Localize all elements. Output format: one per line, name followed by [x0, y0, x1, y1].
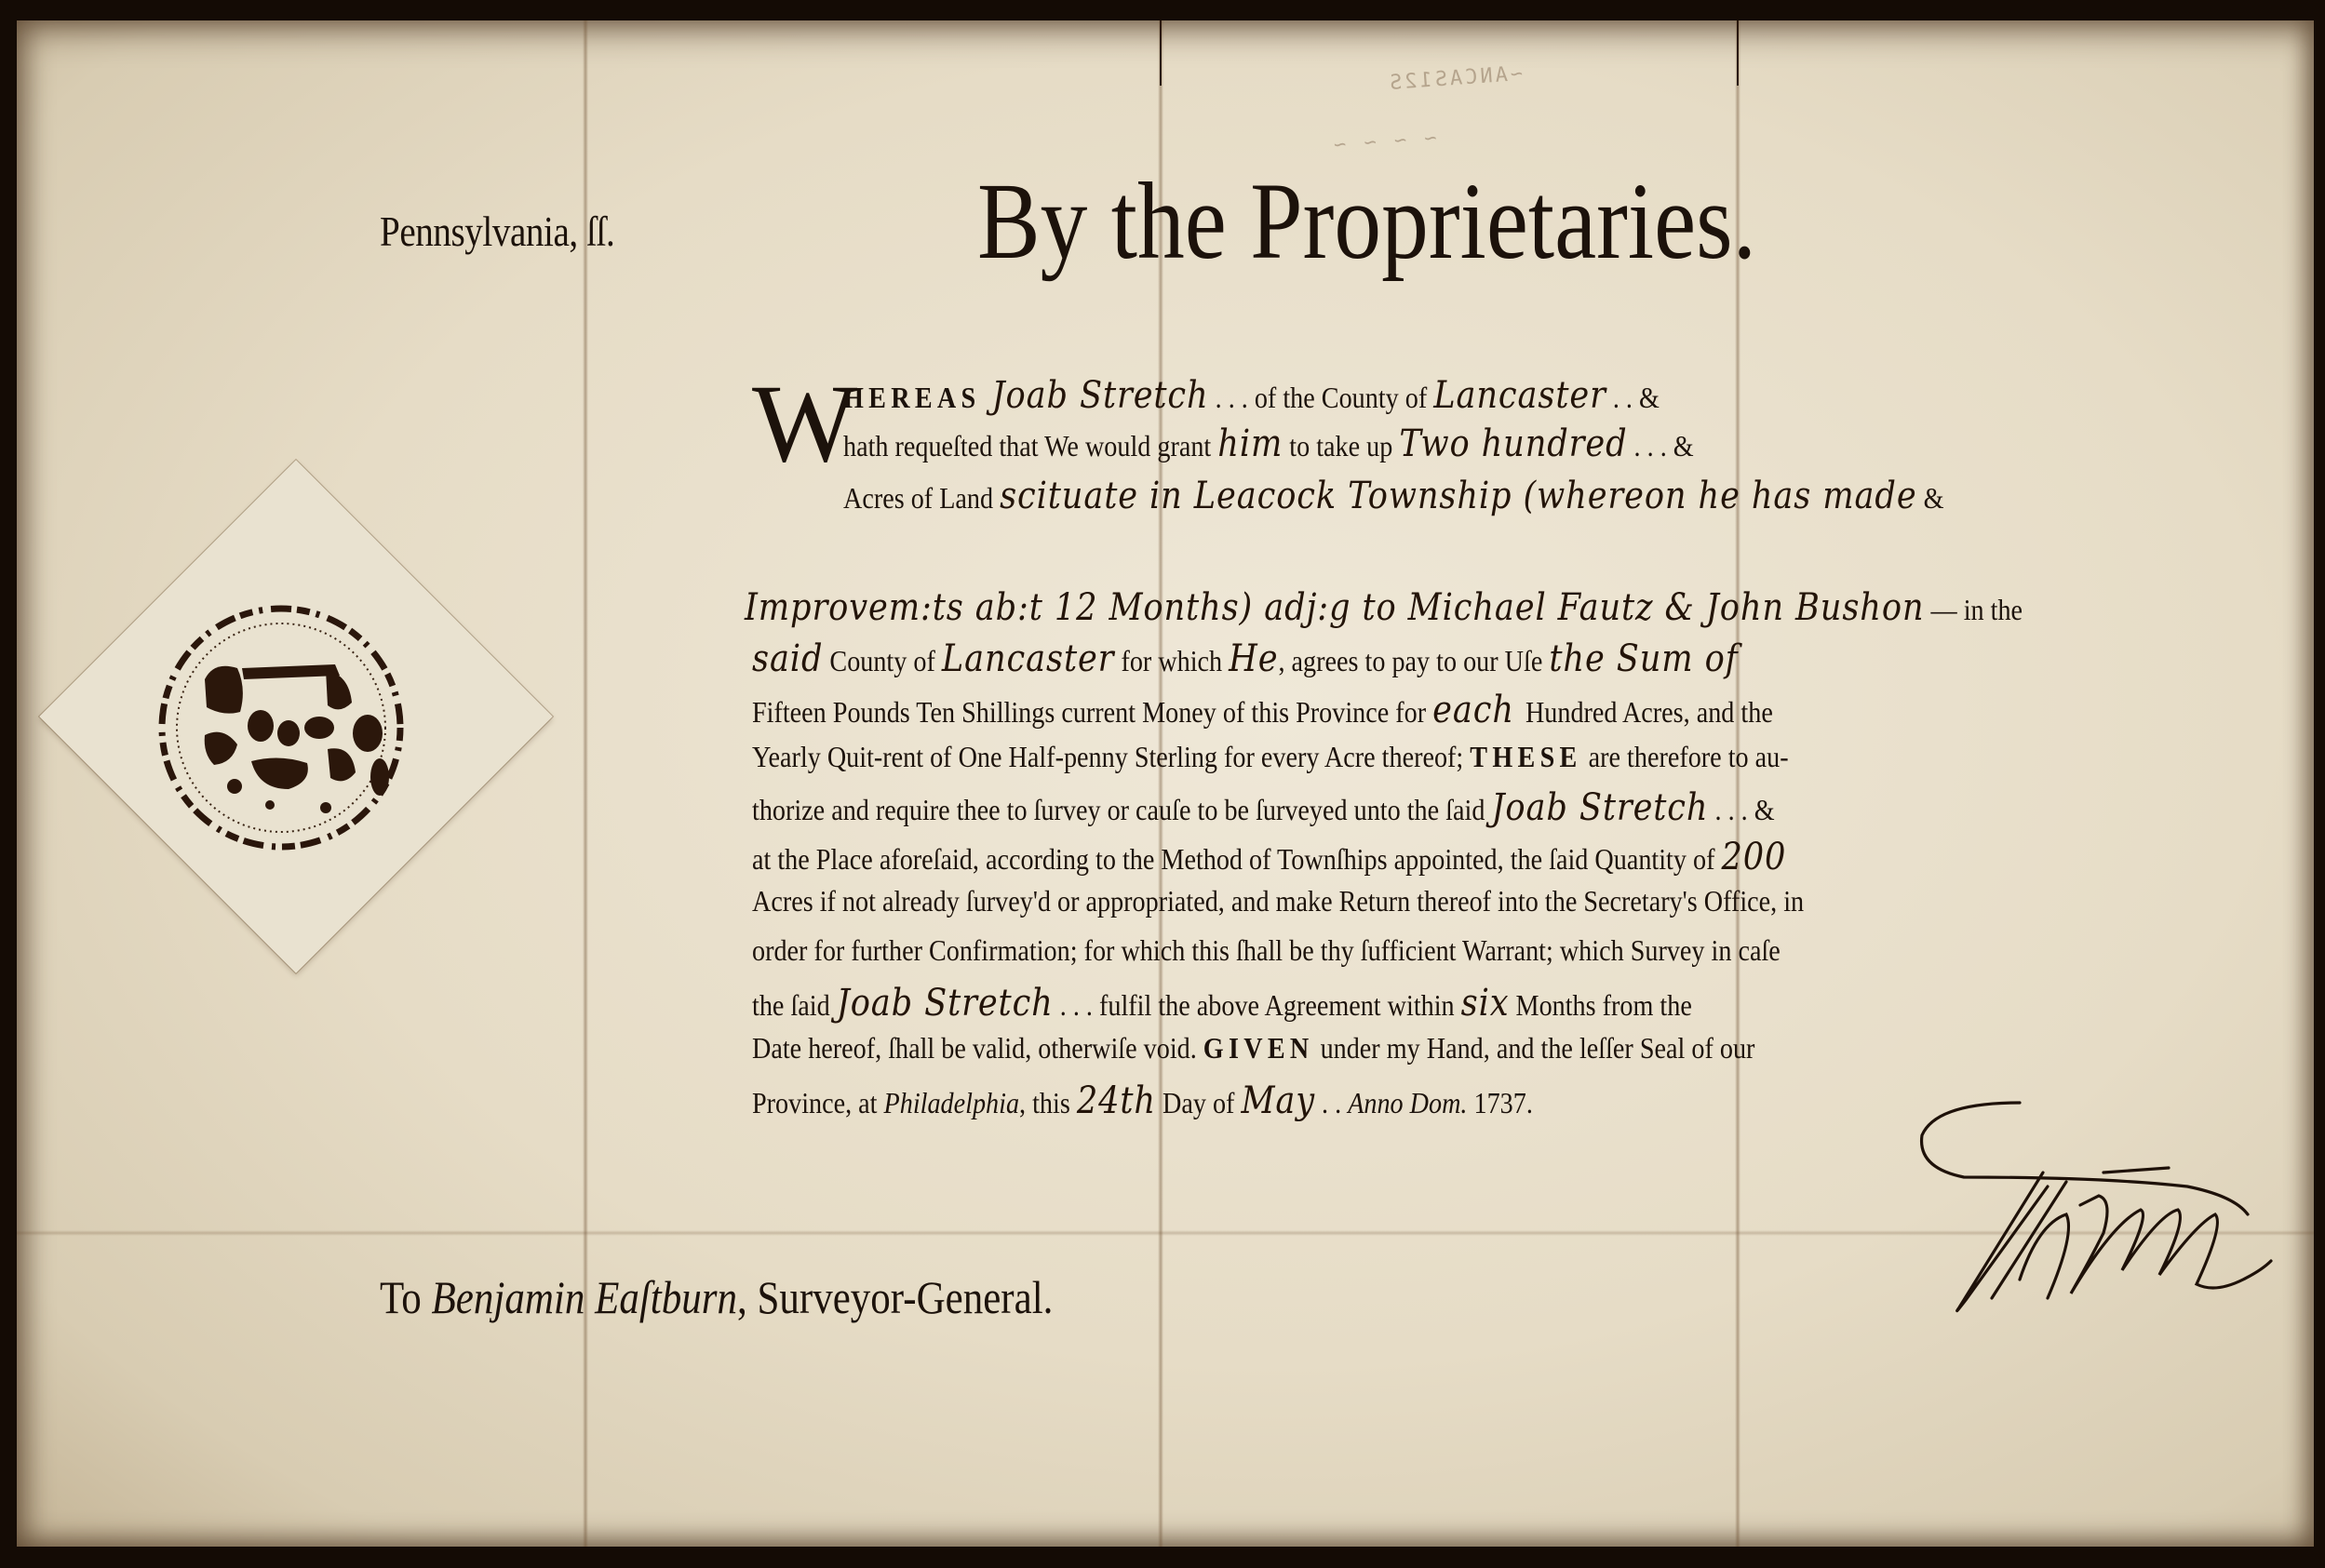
- handwritten-entry: He: [1229, 637, 1278, 680]
- printed-text: THESE: [1470, 740, 1581, 773]
- text-line: hath requeſted that We would grant him t…: [843, 422, 1694, 465]
- printed-text: 1737.: [1467, 1086, 1532, 1119]
- addressee-title: , Surveyor-General.: [737, 1271, 1053, 1323]
- drop-cap: W: [752, 368, 857, 479]
- printed-text: order for further Confirmation; for whic…: [752, 933, 1781, 967]
- printed-text: . . . &: [1708, 793, 1774, 826]
- printed-text: . .: [1315, 1086, 1348, 1119]
- text-line: HEREAS Joab Stretch . . . of the County …: [843, 374, 1660, 417]
- handwritten-entry: May: [1241, 1079, 1315, 1122]
- printed-text: Acres if not already ſurvey'd or appropr…: [752, 884, 1804, 918]
- printed-text: Acres of Land: [843, 481, 1000, 515]
- printed-text: Day of: [1156, 1086, 1241, 1119]
- handwritten-entry: six: [1461, 982, 1510, 1025]
- printed-text: at the Place aforeſaid, according to the…: [752, 842, 1721, 876]
- document-title: By the Proprietaries.: [977, 158, 1756, 285]
- printed-text: . . . &: [1628, 429, 1694, 462]
- text-line: Date hereof, ſhall be valid, otherwiſe v…: [752, 1031, 1754, 1065]
- handwritten-entry: the Sum of: [1549, 637, 1738, 680]
- province-heading: Pennsylvania, ſſ.: [380, 207, 614, 256]
- text-line: order for further Confirmation; for whic…: [752, 933, 1781, 968]
- printed-text: &: [1917, 481, 1944, 515]
- handwritten-entry: Two hundred: [1399, 422, 1627, 465]
- printed-text: Yearly Quit-rent of One Half-penny Sterl…: [752, 740, 1470, 773]
- addressee-name: Benjamin Eaſtburn: [432, 1271, 737, 1323]
- printed-text: Fifteen Pounds Ten Shillings current Mon…: [752, 695, 1432, 729]
- printed-text: , agrees to pay to our Uſe: [1278, 644, 1549, 677]
- signature-tho-penn: Tho Penn: [1880, 1084, 2308, 1335]
- printed-text: are therefore to au-: [1582, 740, 1789, 773]
- handwritten-entry: scituate in Leacock Township (whereon he…: [1000, 475, 1916, 517]
- printed-text: — in the: [1924, 593, 2023, 626]
- printed-text: Months from the: [1509, 988, 1691, 1022]
- printed-text: thorize and require thee to ſurvey or ca…: [752, 793, 1491, 826]
- printed-text: , this: [1019, 1086, 1077, 1119]
- text-line: Acres if not already ſurvey'd or appropr…: [752, 884, 1804, 918]
- printed-text: County of: [823, 644, 942, 677]
- handwritten-entry: Improvem:ts ab:t 12 Months) adj:g to Mic…: [745, 586, 1924, 629]
- handwritten-entry: Lancaster: [1433, 374, 1606, 417]
- printed-text: Anno Dom.: [1348, 1086, 1467, 1119]
- handwritten-entry: said: [752, 637, 823, 680]
- printed-text: for which: [1114, 644, 1229, 677]
- printed-text: Hundred Acres, and the: [1525, 695, 1773, 729]
- text-line: Yearly Quit-rent of One Half-penny Sterl…: [752, 740, 1789, 774]
- printed-text: to take up: [1283, 429, 1399, 462]
- text-line: Acres of Land scituate in Leacock Townsh…: [843, 475, 1943, 517]
- wax-seal-icon: [149, 596, 414, 861]
- text-line: Improvem:ts ab:t 12 Months) adj:g to Mic…: [745, 586, 2023, 629]
- handwritten-entry: 24th: [1077, 1079, 1156, 1122]
- printed-text: GIVEN: [1203, 1031, 1314, 1065]
- handwritten-entry: 200: [1721, 836, 1786, 878]
- printed-text: . . . fulfil the above Agreement within: [1054, 988, 1461, 1022]
- handwritten-entry: Joab Stretch: [837, 982, 1054, 1025]
- printed-text: . . . of the County of: [1209, 381, 1434, 414]
- printed-text: Philadelphia: [884, 1086, 1019, 1119]
- printed-text: under my Hand, and the leſſer Seal of ou…: [1314, 1031, 1755, 1065]
- handwritten-entry: each: [1432, 689, 1525, 731]
- printed-text: . . &: [1606, 381, 1660, 414]
- text-line: at the Place aforeſaid, according to the…: [752, 836, 1786, 878]
- printed-text: the ſaid: [752, 988, 837, 1022]
- text-line: thorize and require thee to ſurvey or ca…: [752, 786, 1775, 829]
- handwritten-entry: him: [1217, 422, 1283, 465]
- text-line: Fifteen Pounds Ten Shillings current Mon…: [752, 689, 1773, 731]
- handwritten-entry: Joab Stretch: [1491, 786, 1708, 829]
- handwritten-entry: Lancaster: [942, 637, 1115, 680]
- printed-text: hath requeſted that We would grant: [843, 429, 1217, 462]
- printed-text: Province, at: [752, 1086, 884, 1119]
- text-line: Province, at Philadelphia, this 24th Day…: [752, 1079, 1533, 1122]
- printed-text: HEREAS: [843, 381, 980, 414]
- seal-mount: [35, 456, 557, 977]
- addressee-line: To Benjamin Eaſtburn, Surveyor-General.: [380, 1270, 1053, 1324]
- text-line: the ſaid Joab Stretch . . . fulfil the a…: [752, 982, 1692, 1025]
- addressee-prefix: To: [380, 1271, 432, 1323]
- printed-text: Date hereof, ſhall be valid, otherwiſe v…: [752, 1031, 1203, 1065]
- handwritten-entry: Joab Stretch: [980, 374, 1208, 417]
- text-line: said County of Lancaster for which He, a…: [752, 637, 1739, 680]
